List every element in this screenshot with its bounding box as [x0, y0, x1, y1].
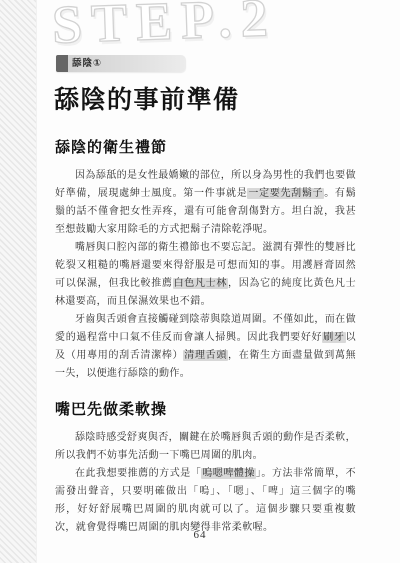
chapter-tag: 舔陰① — [56, 55, 186, 72]
paragraph: 在此我想要推薦的方式是「嗚嗯啤體操」。方法非常簡單，不需發出聲音，只要明確做出「… — [55, 465, 356, 537]
section-heading: 嘴巴先做柔軟操 — [55, 398, 356, 419]
page-number: 64 — [0, 529, 400, 541]
paragraph: 嘴唇與口腔內部的衛生禮節也不要忘記。滋潤有彈性的雙唇比乾裂又粗糙的嘴唇還要來得舒… — [55, 239, 356, 311]
paragraph: 舔陰時感受舒爽與否，關鍵在於嘴唇與舌頭的動作是否柔軟，所以我們不妨事先活動一下嘴… — [55, 429, 356, 465]
highlighted-text: 嗚嗯啤體操 — [201, 468, 256, 479]
text-run: 牙齒與舌頭會直接觸碰到陰蒂與陰道周圍。不僅如此，而在做愛的過程當中口氣不佳反而會… — [55, 314, 356, 343]
highlighted-text: 白色凡士林 — [173, 278, 228, 289]
chapter-tag-label: 舔陰① — [68, 55, 102, 72]
highlighted-text: 一定要先刮鬍子 — [247, 188, 324, 199]
highlighted-text: 刷牙 — [322, 332, 345, 343]
book-page: STEP.2 舔陰① 舔陰的事前準備 舔陰的衛生禮節因為舔舐的是女性最嬌嫩的部位… — [0, 0, 400, 563]
page-edge-texture — [0, 0, 37, 563]
section-heading: 舔陰的衛生禮節 — [55, 136, 356, 157]
step-watermark: STEP.2 — [51, 0, 278, 56]
page-title: 舔陰的事前準備 — [54, 80, 240, 116]
paragraph: 牙齒與舌頭會直接觸碰到陰蒂與陰道周圍。不僅如此，而在做愛的過程當中口氣不佳反而會… — [55, 311, 356, 383]
paragraph: 因為舔舐的是女性最嬌嫩的部位，所以身為男性的我們也要做好準備，展現處紳士風度。第… — [55, 167, 356, 239]
text-run: 舔陰時感受舒爽與否，關鍵在於嘴唇與舌頭的動作是否柔軟，所以我們不妨事先活動一下嘴… — [55, 432, 356, 461]
text-run: 在此我想要推薦的方式是「 — [75, 468, 201, 479]
highlighted-text: 清理舌頭 — [183, 350, 228, 361]
tag-block-icon — [56, 55, 68, 72]
sections: 舔陰的衛生禮節因為舔舐的是女性最嬌嫩的部位，所以身為男性的我們也要做好準備，展現… — [55, 136, 356, 537]
